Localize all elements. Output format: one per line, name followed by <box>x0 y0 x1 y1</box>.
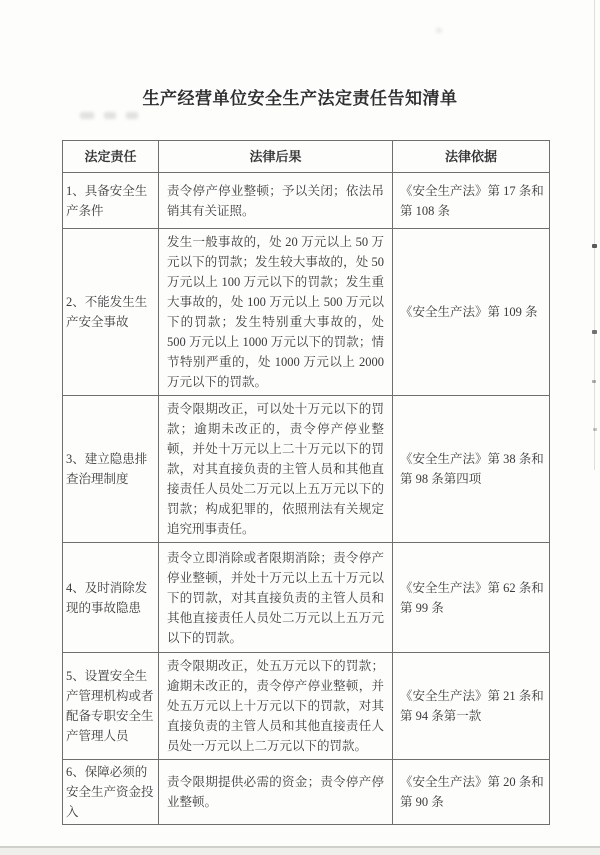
binding-mark <box>592 244 597 248</box>
page-right-edge <box>594 0 595 470</box>
scanner-background <box>0 848 600 855</box>
header-consequence: 法律后果 <box>159 141 393 173</box>
table-row: 2、不能发生生产安全事故 发生一般事故的，处 20 万元以上 50 万元以下的罚… <box>63 229 550 396</box>
consequence-cell: 责令停产停业整顿；予以关闭；依法吊销其有关证照。 <box>159 173 393 229</box>
basis-cell: 《安全生产法》第 109 条 <box>393 229 550 396</box>
table-row: 5、设置安全生产管理机构或者配备专职安全生产管理人员 责令限期改正，处五万元以下… <box>63 653 550 760</box>
basis-cell: 《安全生产法》第 21 条和第 94 条第一款 <box>393 653 550 760</box>
table-row: 3、建立隐患排查治理制度 责令限期改正，可以处十万元以下的罚款；逾期未改正的，责… <box>63 396 550 543</box>
consequence-cell: 发生一般事故的，处 20 万元以上 50 万元以下的罚款；发生较大事故的，处 5… <box>159 229 393 396</box>
header-duty: 法定责任 <box>63 141 159 173</box>
scan-smudge <box>80 112 94 119</box>
consequence-cell: 责令立即消除或者限期消除；责令停产停业整顿，并处十万元以上五十万元以下的罚款，对… <box>159 543 393 653</box>
duty-cell: 2、不能发生生产安全事故 <box>63 229 159 396</box>
duty-cell: 3、建立隐患排查治理制度 <box>63 396 159 543</box>
scanned-page: 生产经营单位安全生产法定责任告知清单 法定责任 法律后果 法律依据 1、具备安全… <box>0 0 600 847</box>
header-basis: 法律依据 <box>393 141 550 173</box>
responsibility-table: 法定责任 法律后果 法律依据 1、具备安全生产条件 责令停产停业整顿；予以关闭；… <box>62 140 550 825</box>
table-row: 4、及时消除发现的事故隐患 责令立即消除或者限期消除；责令停产停业整顿，并处十万… <box>63 543 550 653</box>
scan-smudge <box>104 112 116 119</box>
basis-cell: 《安全生产法》第 17 条和第 108 条 <box>393 173 550 229</box>
table-header-row: 法定责任 法律后果 法律依据 <box>63 141 550 173</box>
binding-mark <box>593 428 597 431</box>
scan-smudge <box>436 28 442 33</box>
basis-cell: 《安全生产法》第 38 条和第 98 条第四项 <box>393 396 550 543</box>
basis-cell: 《安全生产法》第 20 条和第 90 条 <box>393 760 550 825</box>
table-row: 1、具备安全生产条件 责令停产停业整顿；予以关闭；依法吊销其有关证照。 《安全生… <box>63 173 550 229</box>
duty-cell: 4、及时消除发现的事故隐患 <box>63 543 159 653</box>
binding-mark <box>592 330 597 334</box>
page-title: 生产经营单位安全生产法定责任告知清单 <box>0 84 600 109</box>
duty-cell: 5、设置安全生产管理机构或者配备专职安全生产管理人员 <box>63 653 159 760</box>
duty-cell: 6、保障必须的安全生产资金投入 <box>63 760 159 825</box>
binding-mark <box>592 380 596 383</box>
consequence-cell: 责令限期提供必需的资金；责令停产停业整顿。 <box>159 760 393 825</box>
consequence-cell: 责令限期改正，可以处十万元以下的罚款；逾期未改正的，责令停产停业整顿，并处十万元… <box>159 396 393 543</box>
duty-cell: 1、具备安全生产条件 <box>63 173 159 229</box>
consequence-cell: 责令限期改正，处五万元以下的罚款；逾期未改正的，责令停产停业整顿，并处五万元以上… <box>159 653 393 760</box>
table-row: 6、保障必须的安全生产资金投入 责令限期提供必需的资金；责令停产停业整顿。 《安… <box>63 760 550 825</box>
scan-smudge <box>126 112 138 119</box>
basis-cell: 《安全生产法》第 62 条和第 99 条 <box>393 543 550 653</box>
